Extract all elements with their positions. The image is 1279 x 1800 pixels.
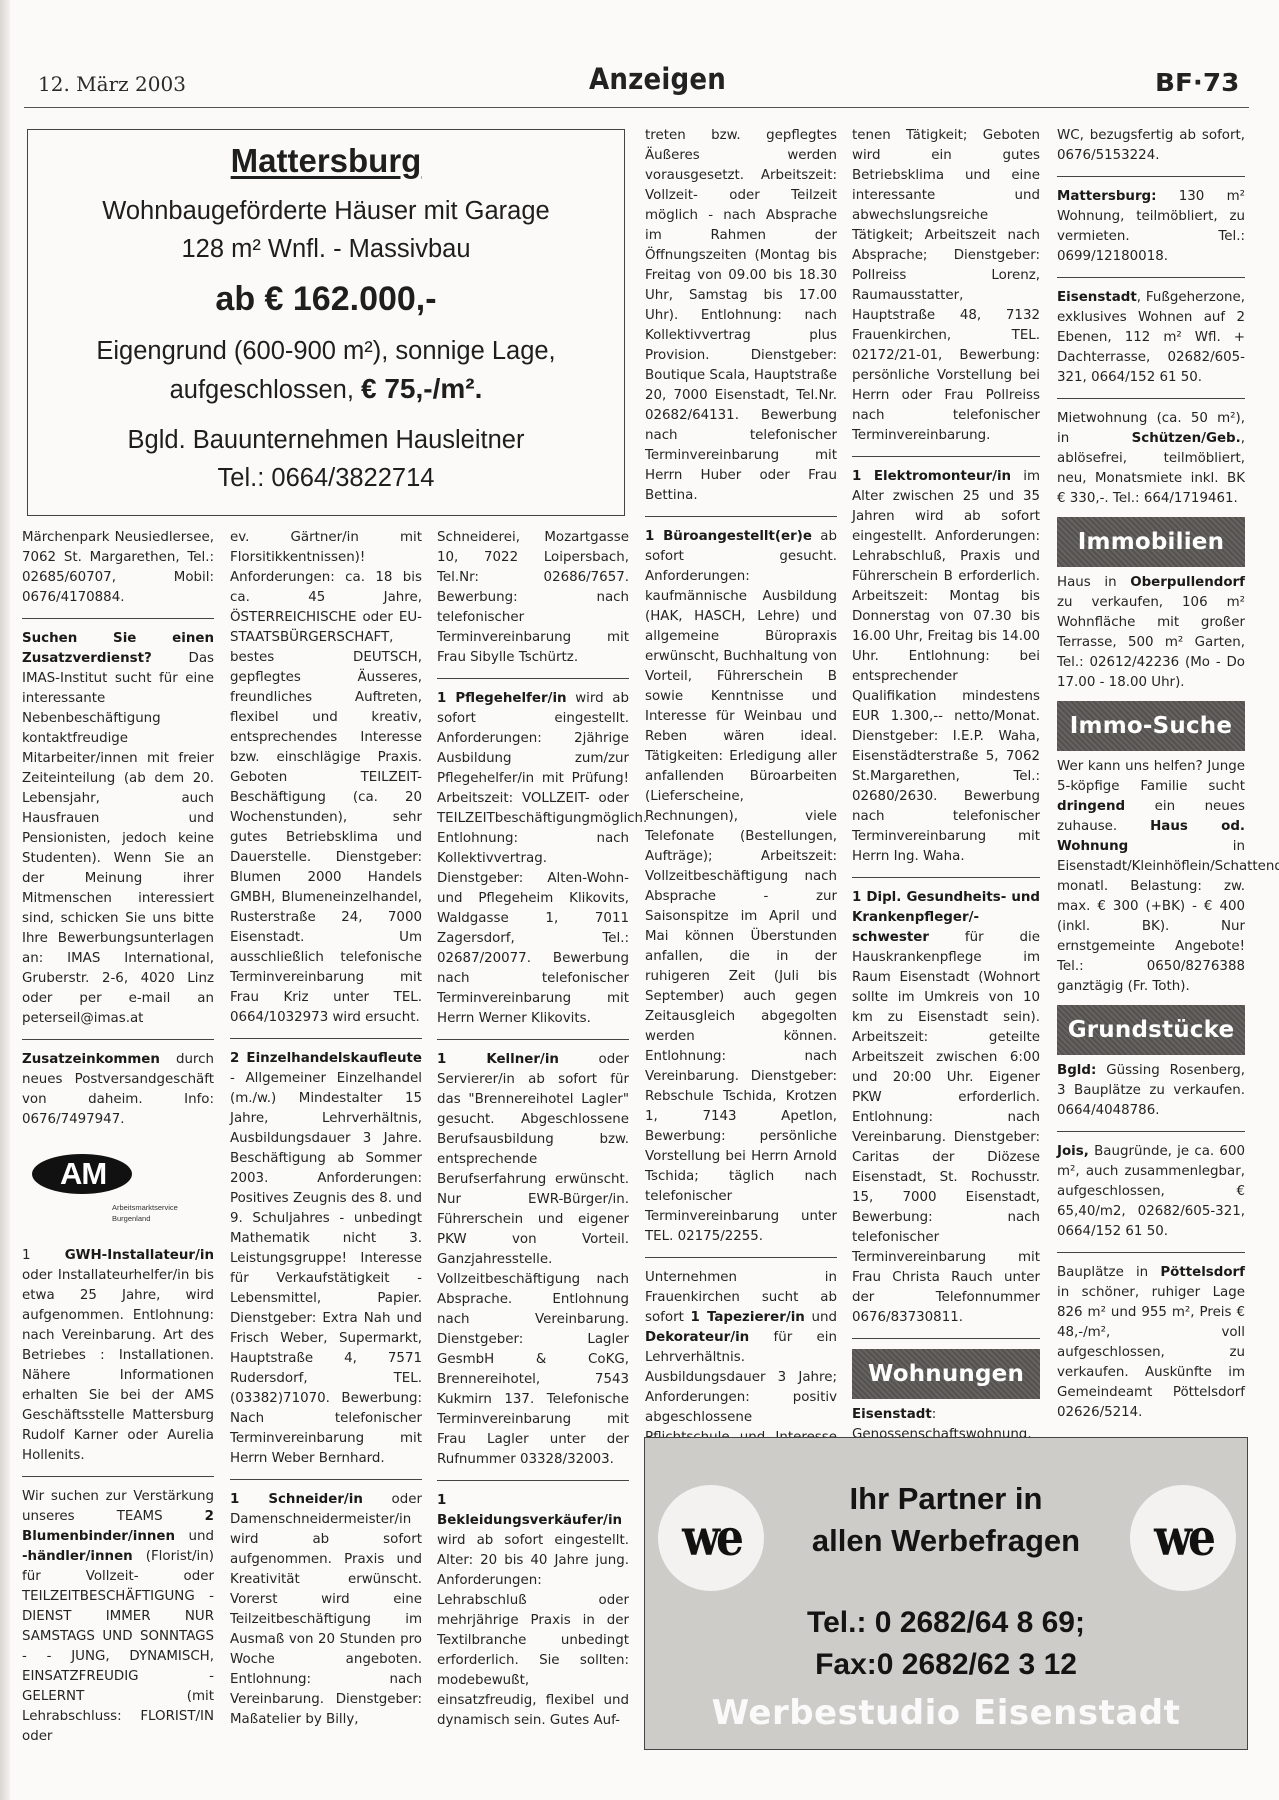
ad-body: in schöner, ruhiger Lage 826 m² und 955 … xyxy=(1057,1285,1245,1420)
ad-body: für die Hauskrankenpflege im Raum Eisens… xyxy=(852,930,1040,1325)
ad-price-per-sqm: € 75,-/m². xyxy=(361,373,482,404)
classified-ad: 1 Dipl. Gesundheits- und Krankenpfleger/… xyxy=(852,888,1040,1328)
ad-headline: 1 Pflegehelfer/in xyxy=(437,691,567,706)
classified-ad: WC, bezugsfertig ab sofort, 0676/5153224… xyxy=(1057,126,1245,166)
classified-ad: Wir suchen zur Verstärkung unseres TEAMS… xyxy=(22,1487,214,1747)
werbestudio-ad: we we Ihr Partner in allen Werbefragen T… xyxy=(644,1437,1248,1750)
classified-ad: Wer kann uns helfen? Junge 5-köpfige Fam… xyxy=(1057,757,1245,997)
ad-headline: 1 Tapezierer/in xyxy=(691,1310,805,1325)
page-number: BF·73 xyxy=(1155,68,1239,97)
ad-headline: Schützen/Geb. xyxy=(1132,431,1241,446)
ad-tagline: Ihr Partner in allen Werbefragen xyxy=(645,1478,1247,1562)
ad-price: ab € 162.000,- xyxy=(28,278,624,320)
divider xyxy=(22,618,214,619)
classified-ad: Bauplätze in Pöttelsdorf in schöner, ruh… xyxy=(1057,1263,1245,1423)
classified-ad: Jois, Baugründe, je ca. 600 m², auch zus… xyxy=(1057,1142,1245,1242)
ad-title: Mattersburg xyxy=(28,142,624,180)
classified-ad: 1 Schneider/in oder Damenschneidermeiste… xyxy=(230,1490,422,1730)
classified-ad: ev. Gärtner/in mit Florsitikkentnissen)!… xyxy=(230,528,422,1028)
ad-body: in Eisenstadt/Kleinhöflein/Schattendorf,… xyxy=(1057,839,1279,994)
ad-headline: Mattersburg: xyxy=(1057,189,1156,204)
ad-body: Das IMAS-Institut sucht für eine interes… xyxy=(22,651,214,1026)
column-2: ev. Gärtner/in mit Florsitikkentnissen)!… xyxy=(230,528,422,1730)
ad-headline: 1 Kellner/in xyxy=(437,1052,559,1067)
classified-ad: Haus in Oberpullendorf zu verkaufen, 106… xyxy=(1057,573,1245,693)
ad-body: wird ab sofort eingestellt. Alter: 20 bi… xyxy=(437,1533,629,1728)
column-6: WC, bezugsfertig ab sofort, 0676/5153224… xyxy=(1057,126,1245,1423)
mattersburg-house-ad: Mattersburg Wohnbaugeförderte Häuser mit… xyxy=(27,129,625,516)
ad-tagline-line: Ihr Partner in xyxy=(645,1478,1247,1520)
ams-logo-text: AMS xyxy=(60,1154,126,1194)
ams-logo-subtitle: ArbeitsmarktserviceBurgenland xyxy=(112,1202,178,1224)
divider xyxy=(437,678,629,679)
ad-headline: Pöttelsdorf xyxy=(1160,1265,1245,1280)
classified-ad: tenen Tätigkeit; Geboten wird ein gutes … xyxy=(852,126,1040,446)
ad-headline: Jois, xyxy=(1057,1144,1089,1159)
ad-body: oder Installateurhelfer/in bis etwa 25 J… xyxy=(22,1268,214,1463)
classified-ad: 1 Kellner/in oder Servierer/in ab sofort… xyxy=(437,1050,629,1470)
ad-headline: GWH-Installateur/in xyxy=(65,1248,214,1263)
ad-body: im Alter zwischen 25 und 35 Jahren wird … xyxy=(852,469,1040,864)
ad-headline: -händler/innen xyxy=(22,1549,133,1564)
divider xyxy=(1057,176,1245,177)
ad-body: ab sofort gesucht. Anforderungen: kaufmä… xyxy=(645,529,837,1244)
ams-logo: AMS ArbeitsmarktserviceBurgenland xyxy=(22,1144,214,1236)
column-4: treten bzw. gepflegtes Äußeres werden vo… xyxy=(645,126,837,1468)
section-title: Anzeigen xyxy=(589,62,726,96)
classified-ad: 1 Elektromonteur/in im Alter zwischen 25… xyxy=(852,467,1040,867)
ad-headline: Dekorateur/in xyxy=(645,1330,749,1345)
column-5: tenen Tätigkeit; Geboten wird ein gutes … xyxy=(852,126,1040,1505)
ad-headline: 1 Bekleidungsverkäufer/in xyxy=(437,1493,622,1528)
divider xyxy=(1057,1252,1245,1253)
ad-line: aufgeschlossen, € 75,-/m². xyxy=(28,370,624,409)
column-3: Schneiderei, Mozartgasse 10, 7022 Loiper… xyxy=(437,528,629,1731)
divider xyxy=(1057,398,1245,399)
classified-ad: Suchen Sie einen Zusatzverdienst? Das IM… xyxy=(22,629,214,1029)
section-header-grundstuecke: Grundstücke xyxy=(1057,1005,1245,1055)
issue-date: 12. März 2003 xyxy=(38,72,186,96)
ad-headline: Zusatzeinkommen xyxy=(22,1052,160,1067)
ad-line: 128 m² Wnfl. - Massivbau xyxy=(28,230,624,268)
divider xyxy=(645,1257,837,1258)
ad-body: oder Damenschneidermeister/in wird ab so… xyxy=(230,1492,422,1727)
classified-ad: Märchenpark Neusiedlersee, 7062 St. Marg… xyxy=(22,528,214,608)
ad-headline: Oberpullendorf xyxy=(1130,575,1245,590)
classified-ad: Eisenstadt, Fußgeherzone, exklusives Woh… xyxy=(1057,288,1245,388)
divider xyxy=(1057,277,1245,278)
classified-ad: Bgld: Güssing Rosenberg, 3 Bauplätze zu … xyxy=(1057,1061,1245,1121)
divider xyxy=(22,1476,214,1477)
classified-ad: 1 Bekleidungsverkäufer/in wird ab sofort… xyxy=(437,1491,629,1731)
ad-line: Eigengrund (600-900 m²), sonnige Lage, xyxy=(28,332,624,370)
divider xyxy=(437,1039,629,1040)
ad-headline: 1 Schneider/in xyxy=(230,1492,363,1507)
ad-headline: Eisenstadt xyxy=(852,1407,932,1422)
divider xyxy=(437,1480,629,1481)
page-scan-edge xyxy=(0,0,10,1800)
ad-body: oder Servierer/in ab sofort für das "Bre… xyxy=(437,1052,629,1467)
divider xyxy=(230,1479,422,1480)
ad-company-name: Werbestudio Eisenstadt xyxy=(645,1693,1247,1733)
divider xyxy=(852,877,1040,878)
ad-text: aufgeschlossen, xyxy=(170,376,361,404)
ad-highlight: dringend xyxy=(1057,799,1125,814)
section-header-immo-suche: Immo-Suche xyxy=(1057,701,1245,751)
ad-line: Wohnbaugeförderte Häuser mit Garage xyxy=(28,192,624,230)
divider xyxy=(1057,1131,1245,1132)
divider xyxy=(852,1338,1040,1339)
page-header: 12. März 2003 Anzeigen BF·73 xyxy=(24,62,1249,108)
ad-headline: 1 Elektromonteur/in xyxy=(852,469,1011,484)
divider xyxy=(852,456,1040,457)
section-header-immobilien: Immobilien xyxy=(1057,517,1245,567)
classified-ad: 1 Büroangestellt(er)e ab sofort gesucht.… xyxy=(645,527,837,1247)
divider xyxy=(22,1039,214,1040)
ad-body: zu verkaufen, 106 m² Wohnfläche mit groß… xyxy=(1057,595,1245,690)
column-1: Märchenpark Neusiedlersee, 7062 St. Marg… xyxy=(22,528,214,1747)
ad-fax: Fax:0 2682/62 3 12 xyxy=(645,1648,1247,1682)
ad-headline: Eisenstadt xyxy=(1057,290,1137,305)
ad-headline: Bgld: xyxy=(1057,1063,1096,1078)
classified-ad: 2 Einzelhandelskaufleute - Allgemeiner E… xyxy=(230,1049,422,1469)
ad-phone: Tel.: 0664/3822714 xyxy=(28,459,624,497)
classified-ad: Mattersburg: 130 m² Wohnung, teilmöblier… xyxy=(1057,187,1245,267)
classified-ad: 1 GWH-Installateur/in oder Installateurh… xyxy=(22,1246,214,1466)
classified-ad: Zusatzeinkommen durch neues Postversandg… xyxy=(22,1050,214,1130)
classified-ad: 1 Pflegehelfer/in wird ab sofort eingest… xyxy=(437,689,629,1029)
ad-body: - Allgemeiner Einzelhandel (m./w.) Minde… xyxy=(230,1071,422,1466)
divider xyxy=(645,516,837,517)
ad-company: Bgld. Bauunternehmen Hausleitner xyxy=(28,421,624,459)
classified-ad: Mietwohnung (ca. 50 m²), in Schützen/Geb… xyxy=(1057,409,1245,509)
ad-headline: 2 Einzelhandelskaufleute xyxy=(230,1051,422,1066)
classified-ad: treten bzw. gepflegtes Äußeres werden vo… xyxy=(645,126,837,506)
ad-body: wird ab sofort eingestellt. Anforderunge… xyxy=(437,691,647,1026)
classified-ad: Schneiderei, Mozartgasse 10, 7022 Loiper… xyxy=(437,528,629,668)
ad-headline: 1 Büroangestellt(er)e xyxy=(645,529,812,544)
divider xyxy=(230,1038,422,1039)
section-header-wohnungen: Wohnungen xyxy=(852,1349,1040,1399)
ad-tagline-line: allen Werbefragen xyxy=(645,1520,1247,1562)
ad-phone: Tel.: 0 2682/64 8 69; xyxy=(645,1606,1247,1640)
ad-body: (Florist/in) für Vollzeit- oder TEILZEIT… xyxy=(22,1549,214,1744)
